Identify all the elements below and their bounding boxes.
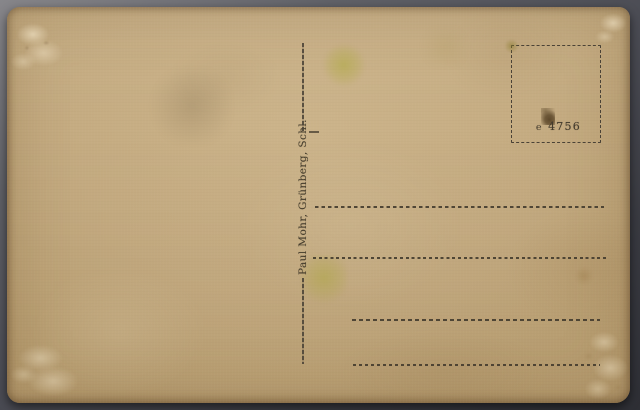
stamp-box-corner-stain: [504, 39, 519, 53]
foxing-spot-right: [575, 267, 593, 285]
address-line: [313, 257, 606, 259]
faint-stain-top-center: [417, 29, 473, 65]
divider-line-top: [302, 43, 304, 131]
print-artifact-dash: [309, 131, 319, 133]
green-stain-top: [323, 43, 365, 87]
corner-scuff-bottom-left: [7, 335, 91, 401]
address-line: [315, 206, 604, 208]
stamp-box-mark: ℮: [536, 123, 543, 133]
address-line: [352, 319, 600, 321]
divider-line-bottom: [302, 278, 304, 364]
stamp-box: ℮ 4756: [511, 45, 601, 143]
address-line: [353, 364, 600, 366]
scan-background: ℮ 4756 Paul Mohr, Grünberg, Schl.: [0, 0, 640, 410]
publisher-imprint: Paul Mohr, Grünberg, Schl.: [295, 125, 311, 275]
stamp-box-number-value: 4756: [548, 120, 581, 133]
gray-smudge: [145, 69, 231, 143]
postcard-back: ℮ 4756 Paul Mohr, Grünberg, Schl.: [7, 7, 630, 403]
stamp-box-number: ℮ 4756: [536, 120, 596, 133]
corner-scuff-top-left: [9, 17, 69, 79]
